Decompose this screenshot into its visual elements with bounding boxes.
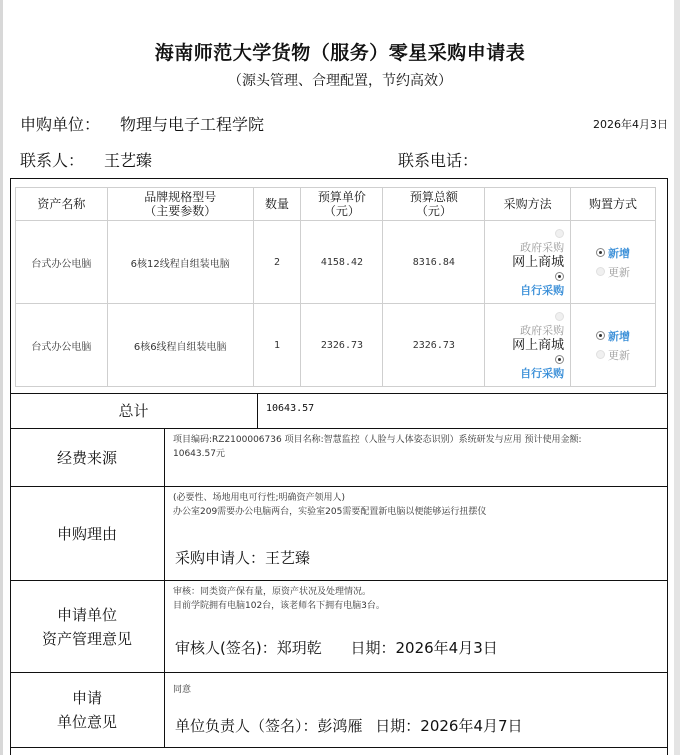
funding-row: 经费来源 项目编码:RZ2100006736 项目名称:智慧监控（人脸与人体姿态… bbox=[10, 428, 668, 486]
col-total-line1: 预算总额 bbox=[410, 190, 458, 204]
requester-signature: 采购申请人：王艺臻 bbox=[175, 551, 310, 565]
table-row: 台式办公电脑 6核6线程自组装电脑 1 2326.73 2326.73 政府采购… bbox=[16, 304, 656, 387]
reviewer-signature: 审核人(签名)：郑玥乾 日期：2026年4月3日 bbox=[175, 641, 498, 655]
funding-content: 项目编码:RZ2100006736 项目名称:智慧监控（人脸与人体姿态识别）系统… bbox=[167, 429, 668, 486]
table-row: 台式办公电脑 6核12线程自组装电脑 2 4158.42 8316.84 政府采… bbox=[16, 221, 656, 304]
col-spec: 品牌规格型号（主要参数） bbox=[107, 188, 253, 221]
form-subtitle: （源头管理、合理配置，节约高效） bbox=[0, 70, 680, 90]
contact-label: 联系人： bbox=[20, 148, 84, 171]
asset-review-content: 审核：同类资产保有量，原资产状况及处理情况。 目前学院拥有电脑102台，该老师名… bbox=[167, 581, 668, 672]
method-cell: 政府采购 网上商城 自行采购 bbox=[485, 221, 571, 304]
spec-cell: 6核12线程自组装电脑 bbox=[107, 221, 253, 304]
unit-opinion-row: 申请单位意见 同意 单位负责人（签名）：彭鸿雁 日期：2026年4月7日 bbox=[10, 672, 668, 748]
unit-opinion-label: 申请单位意见 bbox=[10, 673, 165, 747]
reason-label: 申购理由 bbox=[10, 487, 165, 580]
radio-self-procurement[interactable] bbox=[555, 272, 564, 281]
option-online-mall[interactable]: 网上商城 bbox=[512, 338, 564, 353]
option-new-label: 新增 bbox=[608, 328, 630, 344]
spec-cell: 6核6线程自组装电脑 bbox=[107, 304, 253, 387]
total-value: 10643.57 bbox=[260, 394, 668, 428]
radio-self-procurement[interactable] bbox=[555, 355, 564, 364]
col-purchase-type: 购置方式 bbox=[571, 188, 656, 221]
asset-name-cell: 台式办公电脑 bbox=[16, 221, 108, 304]
col-spec-line1: 品牌规格型号 bbox=[144, 190, 216, 204]
quantity-cell: 1 bbox=[253, 304, 301, 387]
unit-price-cell: 2326.73 bbox=[301, 304, 383, 387]
asset-review-text: 目前学院拥有电脑102台，该老师名下拥有电脑3台。 bbox=[173, 599, 662, 613]
unit-price-cell: 4158.42 bbox=[301, 221, 383, 304]
option-new-label: 新增 bbox=[608, 245, 630, 261]
asset-review-row: 申请单位资产管理意见 审核：同类资产保有量，原资产状况及处理情况。 目前学院拥有… bbox=[10, 580, 668, 672]
radio-update[interactable] bbox=[596, 350, 605, 359]
purchase-type-cell: 新增 更新 bbox=[571, 221, 656, 304]
unit-opinion-date: 日期：2026年4月7日 bbox=[375, 717, 522, 735]
option-gov-procurement[interactable]: 政府采购 bbox=[520, 240, 564, 255]
items-table: 资产名称 品牌规格型号（主要参数） 数量 预算单价（元） 预算总额（元） 采购方… bbox=[15, 187, 656, 387]
reviewer-name: 审核人(签名)：郑玥乾 bbox=[175, 639, 322, 657]
asset-review-label-line2: 资产管理意见 bbox=[42, 630, 132, 648]
reason-hint: (必要性、场地用电可行性;明确资产领用人) bbox=[173, 491, 662, 505]
col-asset-name: 资产名称 bbox=[16, 188, 108, 221]
review-date: 日期：2026年4月3日 bbox=[351, 639, 498, 657]
purchase-type-cell: 新增 更新 bbox=[571, 304, 656, 387]
application-date: 2026年4月3日 bbox=[593, 116, 668, 132]
option-update[interactable]: 更新 bbox=[596, 347, 630, 363]
radio-update[interactable] bbox=[596, 267, 605, 276]
asset-review-label: 申请单位资产管理意见 bbox=[10, 581, 165, 672]
col-unit-price-line2: （元） bbox=[324, 204, 360, 218]
radio-new[interactable] bbox=[596, 248, 605, 257]
radio-new[interactable] bbox=[596, 331, 605, 340]
reason-row: 申购理由 (必要性、场地用电可行性;明确资产领用人) 办公室209需要办公电脑两… bbox=[10, 486, 668, 580]
method-cell: 政府采购 网上商城 自行采购 bbox=[485, 304, 571, 387]
reason-content: (必要性、场地用电可行性;明确资产领用人) 办公室209需要办公电脑两台，实验室… bbox=[167, 487, 668, 580]
col-method: 采购方法 bbox=[485, 188, 571, 221]
option-online-mall[interactable]: 网上商城 bbox=[512, 255, 564, 270]
col-unit-price: 预算单价（元） bbox=[301, 188, 383, 221]
funding-label: 经费来源 bbox=[10, 429, 165, 486]
applicant-unit-label: 申购单位： bbox=[20, 112, 100, 135]
asset-review-hint: 审核：同类资产保有量，原资产状况及处理情况。 bbox=[173, 585, 662, 599]
funding-amount: 10643.57元 bbox=[173, 447, 662, 461]
asset-name-cell: 台式办公电脑 bbox=[16, 304, 108, 387]
col-unit-price-line1: 预算单价 bbox=[318, 190, 366, 204]
applicant-unit-value: 物理与电子工程学院 bbox=[120, 112, 264, 135]
funding-project-info: 项目编码:RZ2100006736 项目名称:智慧监控（人脸与人体姿态识别）系统… bbox=[173, 433, 662, 447]
unit-head-signature: 单位负责人（签名）：彭鸿雁 日期：2026年4月7日 bbox=[175, 719, 523, 733]
col-total: 预算总额（元） bbox=[383, 188, 485, 221]
unit-head-name: 单位负责人（签名）：彭鸿雁 bbox=[175, 717, 363, 735]
option-new[interactable]: 新增 bbox=[596, 328, 630, 344]
contact-value: 王艺臻 bbox=[104, 148, 152, 171]
col-quantity: 数量 bbox=[253, 188, 301, 221]
radio-gov-procurement[interactable] bbox=[555, 229, 564, 238]
col-total-line2: （元） bbox=[416, 204, 452, 218]
col-spec-line2: （主要参数） bbox=[144, 204, 216, 218]
items-header-row: 资产名称 品牌规格型号（主要参数） 数量 预算单价（元） 预算总额（元） 采购方… bbox=[16, 188, 656, 221]
unit-opinion-content: 同意 单位负责人（签名）：彭鸿雁 日期：2026年4月7日 bbox=[167, 673, 668, 747]
page-edge bbox=[0, 0, 3, 755]
total-cell: 2326.73 bbox=[383, 304, 485, 387]
page-scrollbar[interactable] bbox=[674, 0, 680, 755]
radio-gov-procurement[interactable] bbox=[555, 312, 564, 321]
option-self-procurement[interactable]: 自行采购 bbox=[520, 366, 564, 381]
total-row: 总计 10643.57 bbox=[10, 393, 668, 428]
option-new[interactable]: 新增 bbox=[596, 245, 630, 261]
unit-opinion-label-line2: 单位意见 bbox=[57, 713, 117, 731]
option-update-label: 更新 bbox=[608, 347, 630, 363]
quantity-cell: 2 bbox=[253, 221, 301, 304]
total-label: 总计 bbox=[10, 394, 258, 428]
option-self-procurement[interactable]: 自行采购 bbox=[520, 283, 564, 298]
reason-text: 办公室209需要办公电脑两台，实验室205需要配置新电脑以便能够运行扭摆仪 bbox=[173, 505, 662, 519]
asset-review-label-line1: 申请单位 bbox=[57, 606, 117, 624]
option-update-label: 更新 bbox=[608, 264, 630, 280]
option-update[interactable]: 更新 bbox=[596, 264, 630, 280]
unit-opinion-text: 同意 bbox=[173, 683, 662, 697]
total-cell: 8316.84 bbox=[383, 221, 485, 304]
unit-opinion-label-line1: 申请 bbox=[72, 689, 102, 707]
form-title: 海南师范大学货物（服务）零星采购申请表 bbox=[0, 38, 680, 65]
phone-label: 联系电话： bbox=[398, 148, 478, 171]
option-gov-procurement[interactable]: 政府采购 bbox=[520, 323, 564, 338]
